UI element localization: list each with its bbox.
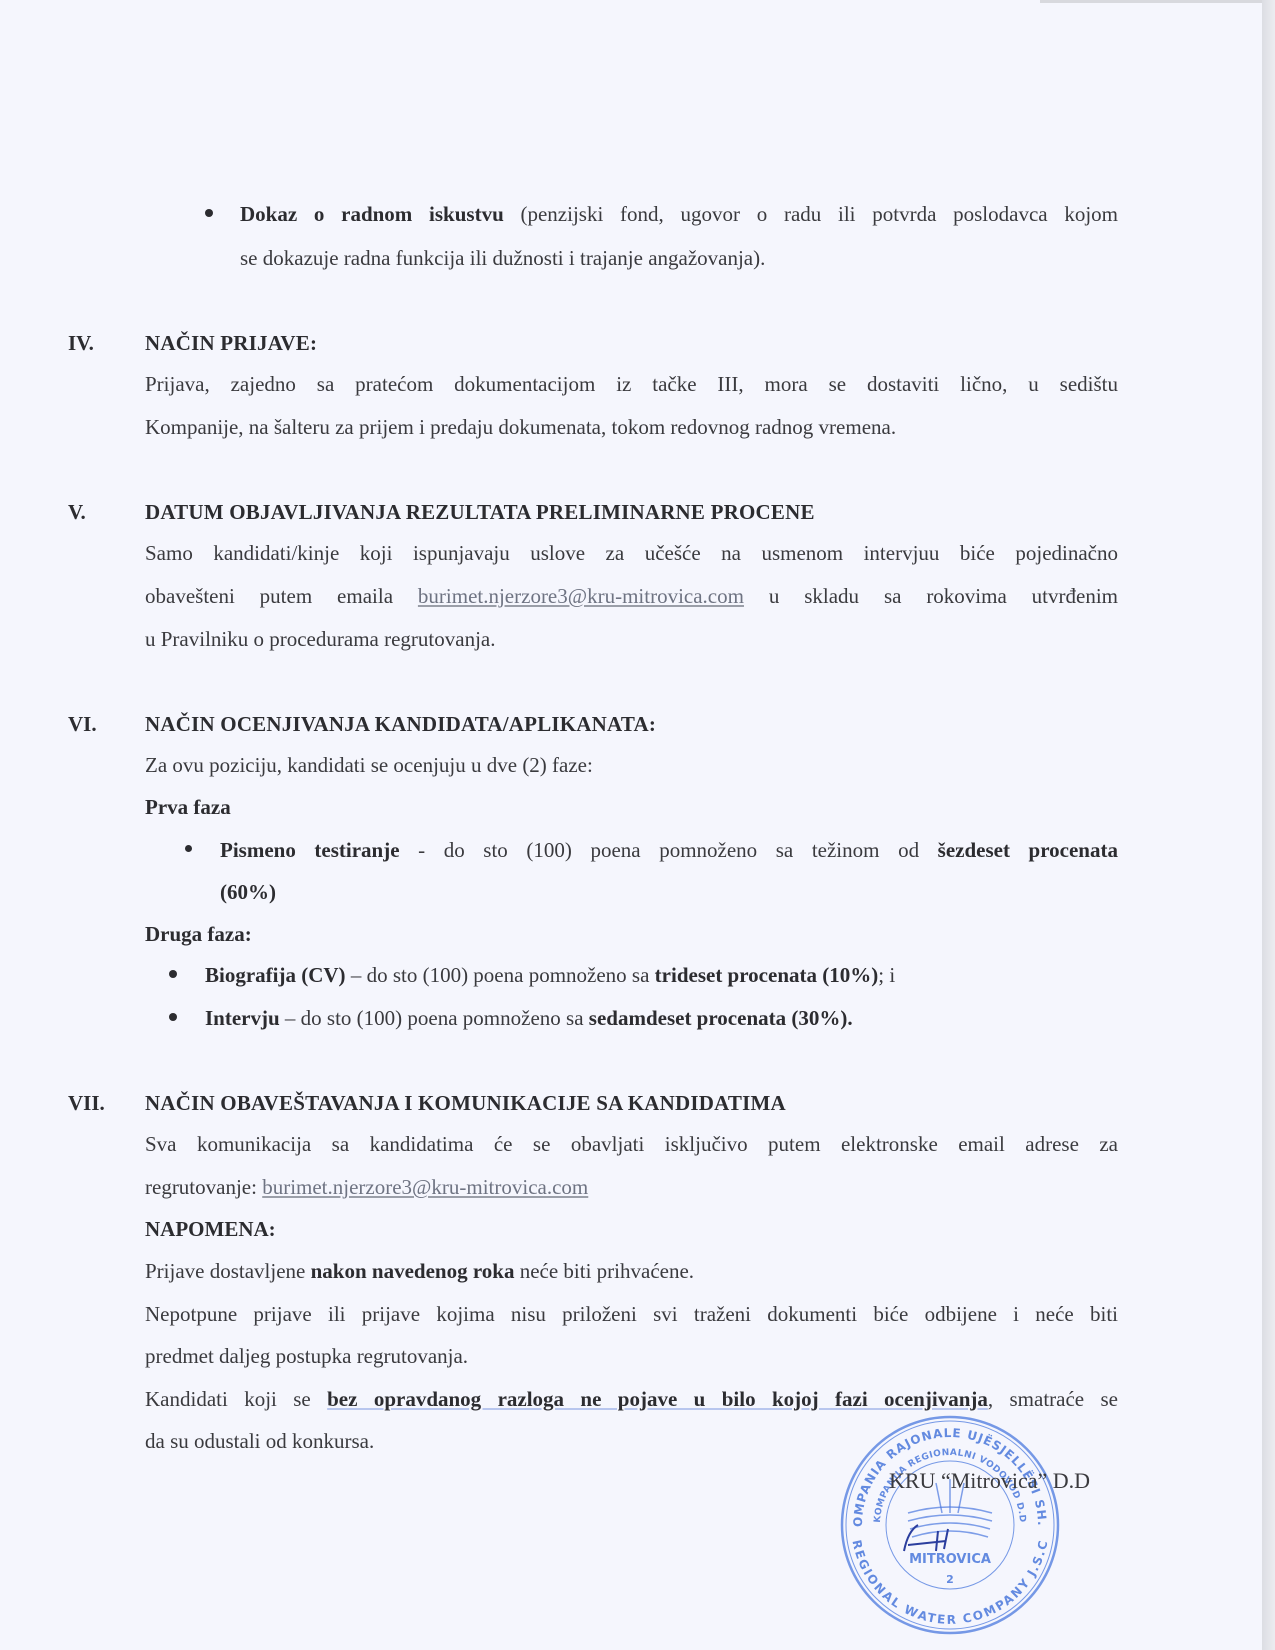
section-number: V.	[68, 499, 86, 525]
email-link[interactable]: burimet.njerzore3@kru-mitrovica.com	[262, 1175, 588, 1199]
section-title: DATUM OBJAVLJIVANJA REZULTATA PRELIMINAR…	[145, 499, 815, 525]
text: – do sto (100) poena pomnoženo sa	[280, 1006, 589, 1030]
note-line: Nepotpune prijave ili prijave kojima nis…	[145, 1301, 1118, 1327]
bullet-icon	[169, 1013, 177, 1021]
text: - do sto (100) poena pomnoženo sa težino…	[400, 838, 938, 862]
page-top-edge	[1040, 0, 1262, 3]
document-page: Dokaz o radnom iskustvu (penzijski fond,…	[0, 0, 1262, 1650]
phase-label: Druga faza:	[145, 921, 252, 947]
section-number: VI.	[68, 711, 97, 737]
note-title: NAPOMENA:	[145, 1216, 276, 1242]
text: – do sto (100) poena pomnoženo sa	[346, 963, 655, 987]
bullet-bold: Dokaz o radnom iskustvu	[240, 202, 504, 226]
text: u skladu sa rokovima utvrđenim	[744, 584, 1118, 608]
section-title: NAČIN PRIJAVE:	[145, 330, 317, 356]
svg-text:MITROVICA: MITROVICA	[909, 1552, 991, 1567]
paragraph-line: Kompanije, na šalteru za prijem i predaj…	[145, 414, 896, 440]
text: regrutovanje:	[145, 1175, 262, 1199]
note-line: da su odustali od konkursa.	[145, 1428, 374, 1454]
bullet-bold: trideset procenata (10%)	[655, 963, 879, 987]
bullet-icon	[169, 970, 177, 978]
section-number: IV.	[68, 330, 94, 356]
paragraph-line: Za ovu poziciju, kandidati se ocenjuju u…	[145, 752, 593, 778]
phase-label: Prva faza	[145, 794, 231, 820]
note-bold: bez opravdanog razloga ne pojave u bilo …	[327, 1387, 988, 1411]
bullet-bold: sedamdeset procenata (30%).	[589, 1006, 853, 1030]
bullet-bold: šezdeset procenata	[938, 838, 1118, 862]
text: Prijave dostavljene	[145, 1259, 311, 1283]
signature-label: KRU “Mitrovica” D.D	[889, 1468, 1090, 1494]
note-bold: nakon navedenog roka	[311, 1259, 515, 1283]
bullet-line: Intervju – do sto (100) poena pomnoženo …	[205, 1005, 853, 1031]
svg-text:2: 2	[946, 1573, 954, 1586]
bullet-bold: Biografija (CV)	[205, 963, 346, 987]
bullet-line-2: (60%)	[220, 879, 276, 905]
bullet-icon	[185, 845, 192, 852]
section-number: VII.	[68, 1090, 105, 1116]
section-title: NAČIN OBAVEŠTAVANJA I KOMUNIKACIJE SA KA…	[145, 1090, 786, 1116]
email-link[interactable]: burimet.njerzore3@kru-mitrovica.com	[418, 584, 744, 608]
text: ; i	[878, 963, 895, 987]
paragraph-line: obavešteni putem emaila burimet.njerzore…	[145, 583, 1118, 609]
section-title: NAČIN OCENJIVANJA KANDIDATA/APLIKANATA:	[145, 711, 656, 737]
note-line: Prijave dostavljene nakon navedenog roka…	[145, 1258, 694, 1284]
bullet-icon	[205, 209, 213, 217]
text: obavešteni putem emaila	[145, 584, 418, 608]
paragraph-line: Sva komunikacija sa kandidatima će se ob…	[145, 1131, 1118, 1157]
bullet-line: Dokaz o radnom iskustvu (penzijski fond,…	[240, 201, 1118, 227]
paragraph-line: regrutovanje: burimet.njerzore3@kru-mitr…	[145, 1174, 588, 1200]
bullet-line: Biografija (CV) – do sto (100) poena pom…	[205, 962, 895, 988]
page-edge	[1262, 0, 1275, 1650]
text: Kandidati koji se	[145, 1387, 327, 1411]
text: neće biti prihvaćene.	[514, 1259, 694, 1283]
bullet-bold: Intervju	[205, 1006, 280, 1030]
paragraph-line: Prijava, zajedno sa pratećom dokumentaci…	[145, 371, 1118, 397]
note-line: Kandidati koji se bez opravdanog razloga…	[145, 1386, 1118, 1412]
bullet-text: (penzijski fond, ugovor o radu ili potvr…	[504, 202, 1118, 226]
bullet-line: Pismeno testiranje - do sto (100) poena …	[220, 837, 1118, 863]
paragraph-line: u Pravilniku o procedurama regrutovanja.	[145, 626, 495, 652]
text: , smatraće se	[988, 1387, 1118, 1411]
note-line: predmet daljeg postupka regrutovanja.	[145, 1343, 468, 1369]
bullet-line-2: se dokazuje radna funkcija ili dužnosti …	[240, 245, 765, 271]
paragraph-line: Samo kandidati/kinje koji ispunjavaju us…	[145, 540, 1118, 566]
company-stamp-icon: KOMPANIA RAJONALE UJËSJELLËSI SH.A KOMPA…	[838, 1413, 1062, 1637]
bullet-bold: Pismeno testiranje	[220, 838, 400, 862]
